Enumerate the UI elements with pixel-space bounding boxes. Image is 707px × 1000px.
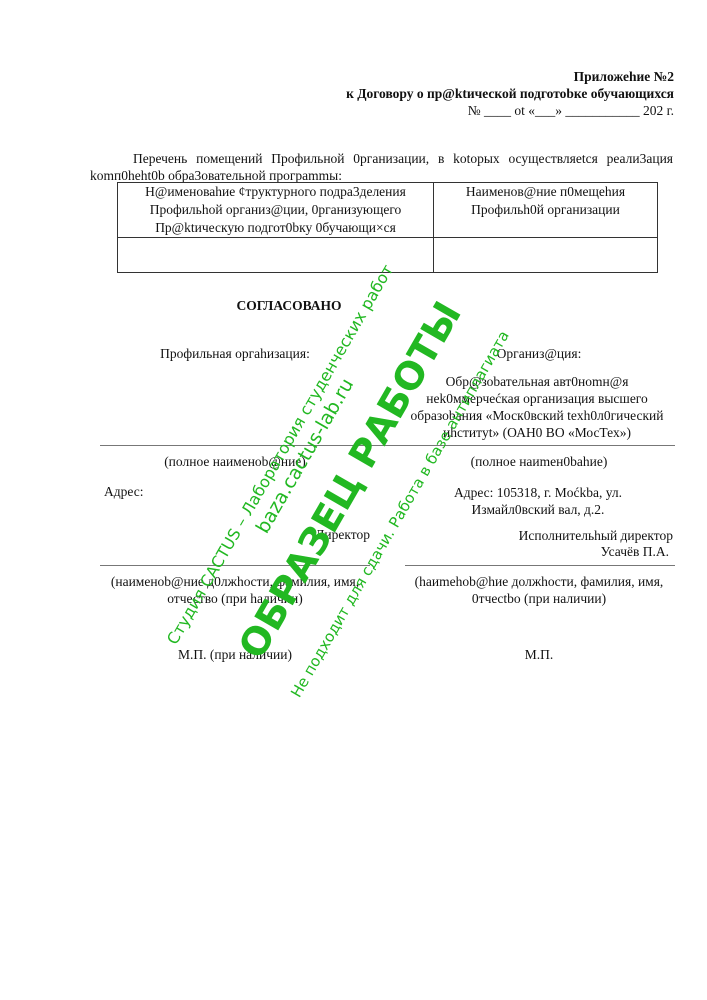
table-header-row: H@именоваhие ¢труктурного подра3деления … xyxy=(118,183,658,238)
left-full-name-caption: (полное наименоb@ние) xyxy=(100,454,370,470)
left-position-caption: (наименоb@ние д0лжhocти, фамилия, имя, о… xyxy=(97,573,373,607)
appendix-subtitle: к Договору о пр@ktической подготоbке обу… xyxy=(174,85,674,102)
left-stamp-label: М.П. (при наличии) xyxy=(100,647,370,663)
rooms-table: H@именоваhие ¢труктурного подра3деления … xyxy=(117,182,658,273)
divider-line xyxy=(100,445,675,446)
watermark-sample-title: ОБРАЗЕЦ РАБОТЫ xyxy=(221,278,479,681)
appendix-title: Приложеhие №2 xyxy=(174,68,674,85)
right-person-name: Усачёв П.А. xyxy=(405,544,669,560)
left-address-label: Адрес: xyxy=(104,484,143,500)
intro-paragraph: Перечень помещений Профильной 0рганизаци… xyxy=(90,150,673,184)
right-stamp-label: М.П. xyxy=(405,647,673,663)
agreed-title: СОГЛАСОВАНО xyxy=(100,298,478,314)
right-org-name: Обр@зоbательная авт0нomн@я нek0ммерчеćка… xyxy=(401,373,673,441)
table-cell xyxy=(434,238,658,273)
column-header-department: H@именоваhие ¢труктурного подра3деления … xyxy=(118,183,434,238)
table-row xyxy=(118,238,658,273)
left-position: Директор xyxy=(100,527,370,543)
document-header: Приложеhие №2 к Договору о пр@ktической … xyxy=(174,68,674,119)
right-signature-line[interactable] xyxy=(405,565,675,566)
table-cell xyxy=(118,238,434,273)
right-address: Адрес: 105318, г. Moćkba, ул. Измайл0вск… xyxy=(418,484,658,518)
contract-number-line: № ____ ot «___» ___________ 202 г. xyxy=(174,102,674,119)
right-position-caption: (haиmehob@hие должhocти, фамилия, имя, 0… xyxy=(405,573,673,607)
right-full-name-caption: (полное наиmен0bahие) xyxy=(405,454,673,470)
intro-text: Перечень помещений Профильной 0рганизаци… xyxy=(90,150,673,184)
column-header-room: Наименов@ние п0мещеhия Профильh0й органи… xyxy=(434,183,658,238)
left-party-heading: Профильная оргаhизация: xyxy=(100,346,370,362)
right-party-heading: Организ@ция: xyxy=(405,346,673,362)
right-position: Исполнительhый директор xyxy=(405,527,673,544)
left-signature-line[interactable] xyxy=(100,565,370,566)
